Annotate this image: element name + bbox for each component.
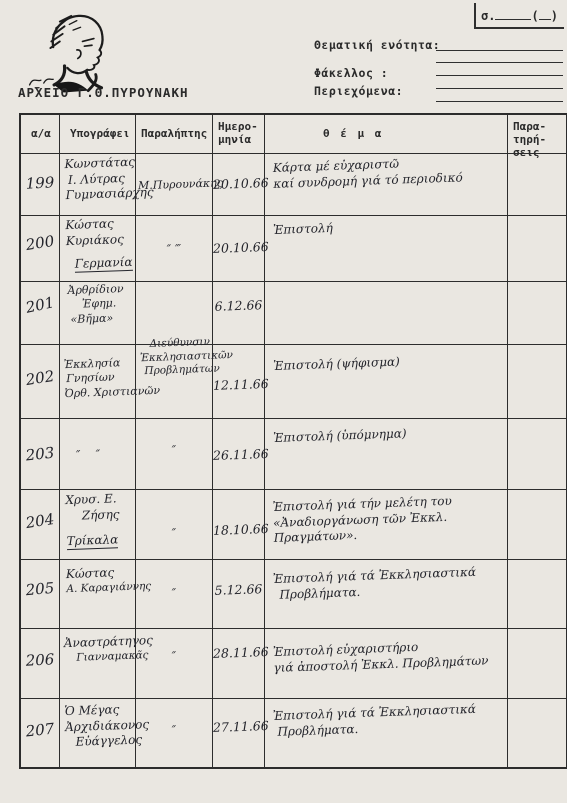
register-table: α/α Υπογράφει Παραλήπτης Ημερο- μηνία θ … (19, 113, 567, 769)
row-num: 206 (21, 629, 60, 699)
paren-open: ( (531, 9, 538, 23)
field-label-thematic-unit: Θεματική ενότητα: (314, 38, 440, 52)
archive-title: ΑΡΧΕΙΟ Γ.Θ.ΠΥΡΟΥΝΑΚΗ (18, 85, 189, 100)
row-subject: Ἐπιστολή (ψήφισμα) (265, 345, 508, 419)
row-date: 5.12.66 (213, 560, 265, 629)
col-header-num: α/α (21, 115, 60, 154)
row-signer: Ἀρθρίδιον Ἐφημ. «Βῆμα» (60, 282, 136, 345)
row-subject (265, 282, 508, 345)
row-num: 203 (21, 419, 60, 490)
page-number-box: σ.() (474, 3, 564, 29)
row-num: 207 (21, 699, 60, 767)
row-date: 20.10.66 (213, 216, 265, 282)
row-date: 12.11.66 (213, 345, 265, 419)
row-recipient: Διεύθυνσιν Ἐκκλησιαστικῶν Προβλημάτων (136, 345, 213, 419)
page-number-blank (495, 9, 531, 20)
row-remarks (508, 345, 566, 419)
portrait-sketch-icon (22, 5, 126, 93)
row-num: 199 (21, 154, 60, 216)
row-signer: ″ ″ (60, 419, 136, 490)
row-date: 18.10.66 (213, 490, 265, 560)
row-remarks (508, 216, 566, 282)
page-number-label: σ. (481, 9, 495, 23)
row-num: 201 (21, 282, 60, 345)
ruled-line (436, 75, 563, 76)
row-subject: Ἐπιστολή (265, 216, 508, 282)
paren-close: ) (551, 9, 558, 23)
row-signer: Ὁ Μέγας Ἀρχιδιάκονος Εὐάγγελος (60, 699, 136, 767)
row-num: 205 (21, 560, 60, 629)
ruled-line (436, 88, 563, 89)
row-remarks (508, 560, 566, 629)
row-remarks (508, 154, 566, 216)
page-count-blank (539, 9, 551, 20)
row-remarks (508, 282, 566, 345)
row-date: 28.11.66 (213, 629, 265, 699)
row-recipient: Μ.Πυρουνάκης (136, 154, 213, 216)
field-label-folder: Φάκελλος : (314, 66, 388, 80)
scanned-archive-page: ΑΡΧΕΙΟ Γ.Θ.ΠΥΡΟΥΝΑΚΗ σ.() Θεματική ενότη… (0, 0, 567, 803)
row-signer: Κώστας Α. Καραγιάννης (60, 560, 136, 629)
ruled-line (436, 101, 563, 102)
row-signer: Κώστας Κυριάκος Γερμανία (60, 216, 136, 282)
row-num: 204 (21, 490, 60, 560)
row-recipient: ″ (136, 699, 213, 767)
row-date: 6.12.66 (213, 282, 265, 345)
row-remarks (508, 490, 566, 560)
row-num: 200 (21, 216, 60, 282)
row-recipient: ″ (136, 490, 213, 560)
col-header-subject: θ έ μ α (265, 115, 508, 154)
row-signer: Χρυσ. Ε. Ζήσης Τρίκαλα (60, 490, 136, 560)
row-recipient: ″ (136, 629, 213, 699)
row-date: 26.11.66 (213, 419, 265, 490)
row-subject: Ἐπιστολή γιά τά Ἐκκλησιαστικά Προβλήματα… (265, 560, 508, 629)
row-recipient: ″ ‴ (136, 216, 213, 282)
col-header-recipient: Παραλήπτης (136, 115, 213, 154)
ruled-line (436, 50, 563, 51)
row-subject: Ἐπιστολή γιά τήν μελέτη του «Ἀναδιοργάνω… (265, 490, 508, 560)
row-signer: Ἀναστράτηγος Γιανναμακᾶς (60, 629, 136, 699)
field-label-contents: Περιεχόμενα: (314, 84, 403, 98)
row-subject: Ἐπιστολή (ὑπόμνημα) (265, 419, 508, 490)
row-subject: Ἐπιστολή εὐχαριστήριο γιά ἀποστολή Ἐκκλ.… (265, 629, 508, 699)
row-remarks (508, 419, 566, 490)
row-subject: Ἐπιστολή γιά τά Ἐκκλησιαστικά Προβλήματα… (265, 699, 508, 767)
row-remarks (508, 699, 566, 767)
row-remarks (508, 629, 566, 699)
row-recipient: ″ (136, 419, 213, 490)
row-recipient: ″ (136, 560, 213, 629)
ruled-line (436, 62, 563, 63)
row-signer: Κωνστάτας Ι. Λύτρας Γυμνασιάρχης (60, 154, 136, 216)
row-date: 20.10.66 (213, 154, 265, 216)
col-header-date: Ημερο- μηνία (213, 115, 265, 154)
col-header-remarks: Παρα- τηρή- σεις (508, 115, 566, 154)
row-subject: Κάρτα μέ εὐχαριστῶ καί συνδρομή γιά τό π… (265, 154, 508, 216)
col-header-signer: Υπογράφει (60, 115, 136, 154)
row-signer: Ἐκκλησία Γνησίων Ὀρθ. Χριστιανῶν (60, 345, 136, 419)
row-date: 27.11.66 (213, 699, 265, 767)
row-num: 202 (21, 345, 60, 419)
